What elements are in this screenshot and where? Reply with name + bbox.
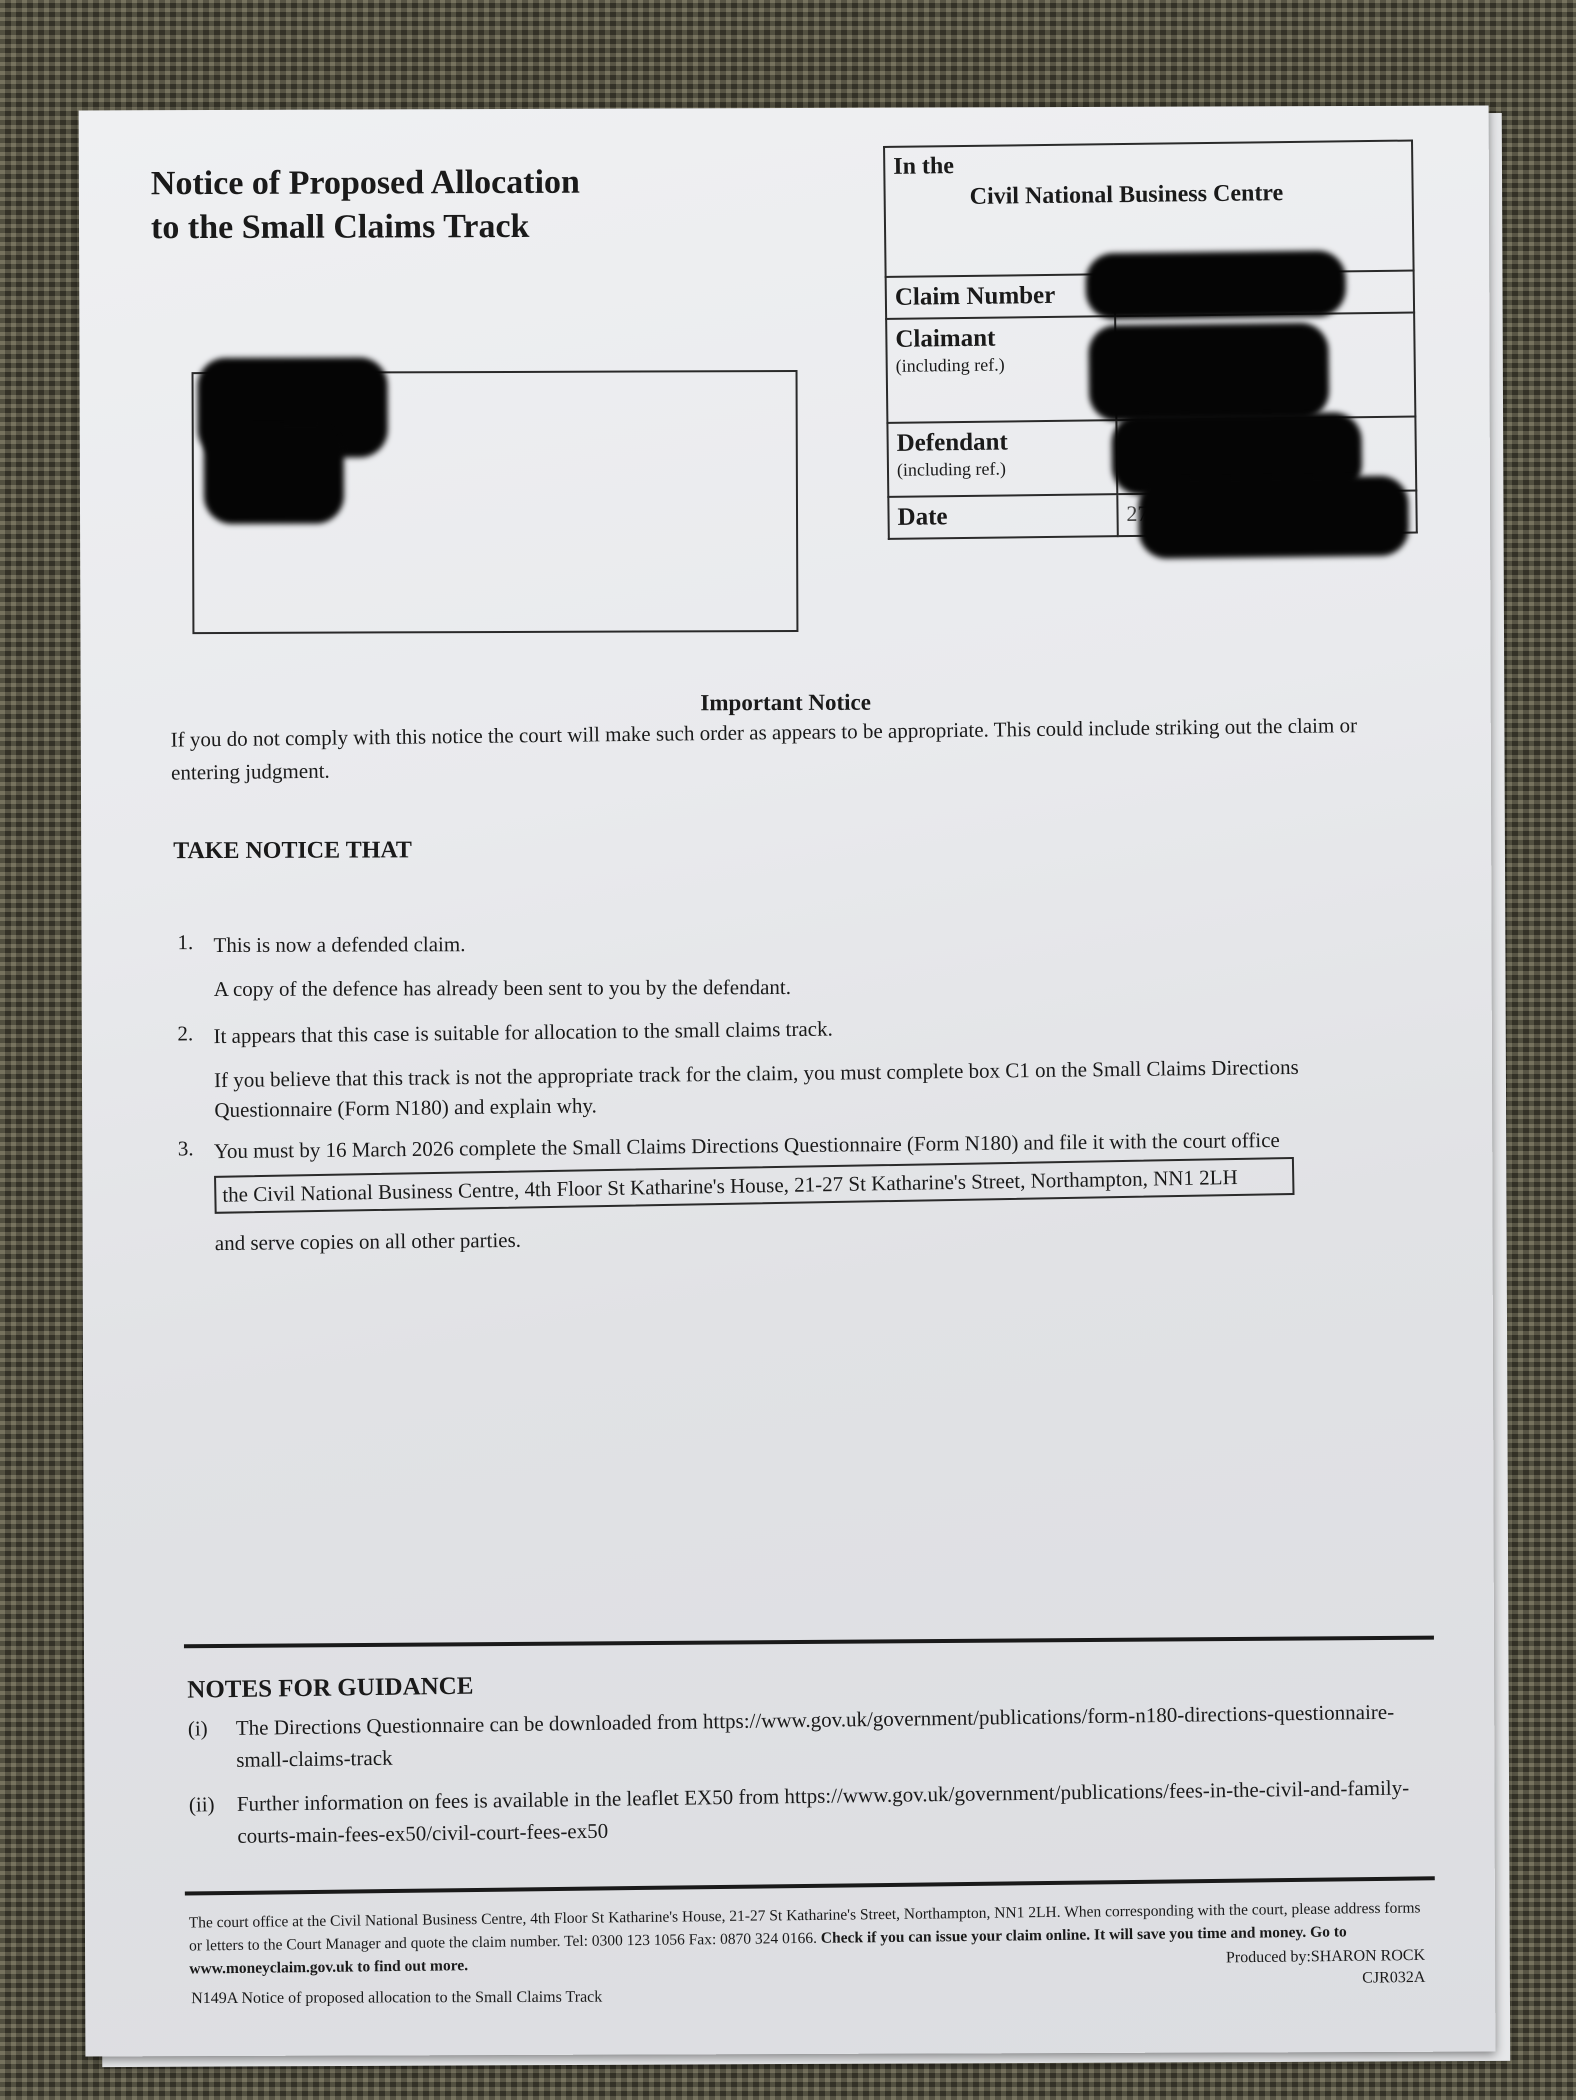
notice-item: 2. It appears that this case is suitable… xyxy=(177,1006,1418,1137)
notice-item: 3. You must by 16 March 2026 complete th… xyxy=(178,1123,1419,1272)
claimant-sublabel: (including ref.) xyxy=(896,353,1107,377)
item-number: 1. xyxy=(177,930,213,1016)
claimant-label: Claimant xyxy=(895,325,995,353)
reference-code: CJR032A xyxy=(1226,1967,1425,1991)
title-line-1: Notice of Proposed Allocation xyxy=(151,161,580,206)
important-notice-body: If you do not comply with this notice th… xyxy=(170,708,1421,789)
produced-by: Produced by:SHARON ROCK xyxy=(1226,1945,1425,1969)
notice-items-list: 1. This is now a defended claim. A copy … xyxy=(177,926,1418,1268)
court-name: Civil National Business Centre xyxy=(894,179,1404,212)
guidance-note: (ii) Further information on fees is avai… xyxy=(189,1771,1430,1852)
note-text: The Directions Questionnaire can be down… xyxy=(236,1695,1429,1776)
defendant-label: Defendant xyxy=(896,428,1007,456)
redaction-mark xyxy=(1088,323,1329,422)
item-number: 2. xyxy=(177,1021,214,1137)
item-text: This is now a defended claim. xyxy=(213,928,790,960)
document-page: Notice of Proposed Allocation to the Sma… xyxy=(79,106,1496,2057)
take-notice-heading: TAKE NOTICE THAT xyxy=(173,837,412,865)
form-identifier: N149A Notice of proposed allocation to t… xyxy=(191,1989,602,2008)
guidance-note: (i) The Directions Questionnaire can be … xyxy=(188,1695,1429,1776)
notice-item: 1. This is now a defended claim. A copy … xyxy=(177,926,1417,1016)
item-number: 3. xyxy=(178,1136,215,1272)
title-line-2: to the Small Claims Track xyxy=(151,205,580,250)
redaction-mark xyxy=(1138,476,1409,559)
redaction-mark xyxy=(204,424,344,524)
note-text: Further information on fees is available… xyxy=(237,1771,1430,1852)
item-detail: If you believe that this track is not th… xyxy=(214,1050,1419,1125)
in-the-label: In the xyxy=(893,148,1403,181)
section-divider xyxy=(184,1636,1434,1649)
date-label: Date xyxy=(897,503,947,531)
court-details-panel: In the Civil National Business Centre Cl… xyxy=(883,140,1418,540)
redaction-mark xyxy=(1085,250,1346,319)
claimant-row: Claimant (including ref.) xyxy=(886,313,1415,423)
item-after-text: and serve copies on all other parties. xyxy=(215,1217,1295,1258)
produced-by-block: Produced by:SHARON ROCK CJR032A xyxy=(1226,1945,1426,1991)
recipient-address-box: BS21 6AL xyxy=(192,370,799,634)
footer-divider xyxy=(185,1876,1435,1895)
note-numeral: (ii) xyxy=(189,1788,238,1853)
document-title: Notice of Proposed Allocation to the Sma… xyxy=(151,161,580,250)
notes-for-guidance: NOTES FOR GUIDANCE (i) The Directions Qu… xyxy=(187,1659,1430,1864)
defendant-sublabel: (including ref.) xyxy=(897,457,1108,481)
date-row: Date 27 February 2026 xyxy=(888,490,1416,538)
item-detail: A copy of the defence has already been s… xyxy=(214,972,791,1004)
court-office-address-box: the Civil National Business Centre, 4th … xyxy=(214,1157,1294,1214)
note-numeral: (i) xyxy=(188,1712,237,1777)
claim-number-row: Claim Number N3GM0974 xyxy=(886,271,1414,319)
claim-number-label: Claim Number xyxy=(895,282,1056,311)
